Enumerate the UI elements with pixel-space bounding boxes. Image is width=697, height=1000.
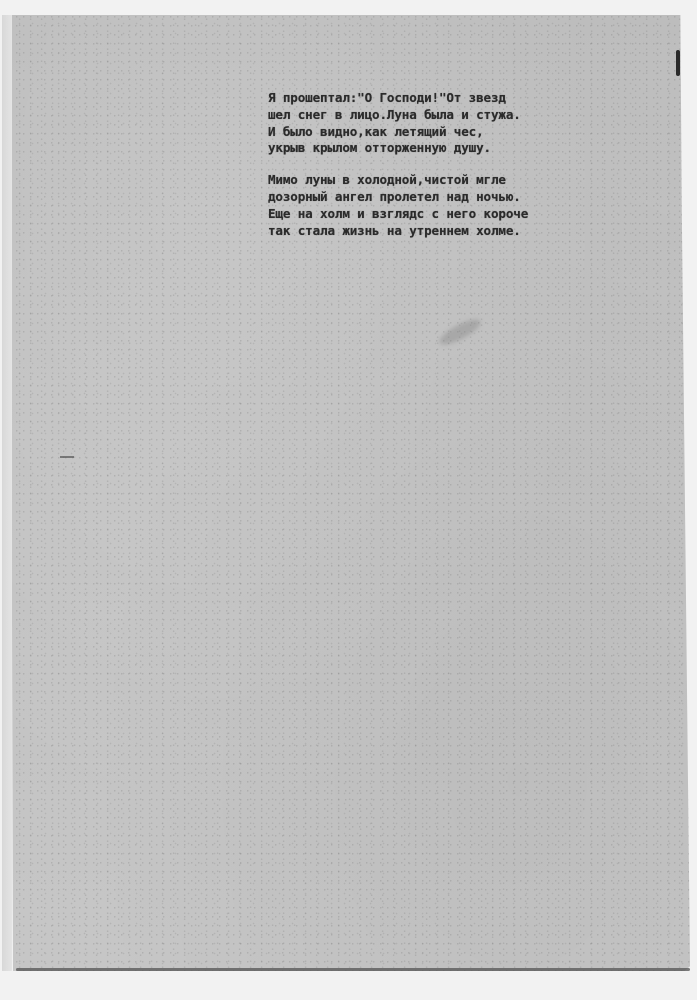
poem-line: Я прошептал:"О Господи!"От звезд: [268, 90, 528, 107]
stanza-2: Мимо луны в холодной,чистой мгле дозорны…: [268, 172, 528, 239]
poem-line: И было видно,как летящий чес,: [268, 124, 528, 141]
poem-line: дозорный ангел пролетел над ночью.: [268, 189, 528, 206]
poem-line: укрыв крылом отторженную душу.: [268, 140, 528, 157]
ink-mark-right-edge: [676, 50, 680, 76]
poem-line: Еще на холм и взглядс с него короче: [268, 206, 528, 223]
stanza-1: Я прошептал:"О Господи!"От звезд шел сне…: [268, 90, 528, 157]
paper-left-edge: [2, 15, 12, 971]
typewritten-poem: Я прошептал:"О Господи!"От звезд шел сне…: [268, 90, 528, 239]
ink-mark-left: [60, 456, 74, 458]
paper-bottom-edge: [16, 968, 690, 971]
poem-line: шел снег в лицо.Луна была и стужа.: [268, 107, 528, 124]
poem-line: Мимо луны в холодной,чистой мгле: [268, 172, 528, 189]
poem-line: так стала жизнь на утреннем холме.: [268, 223, 528, 240]
